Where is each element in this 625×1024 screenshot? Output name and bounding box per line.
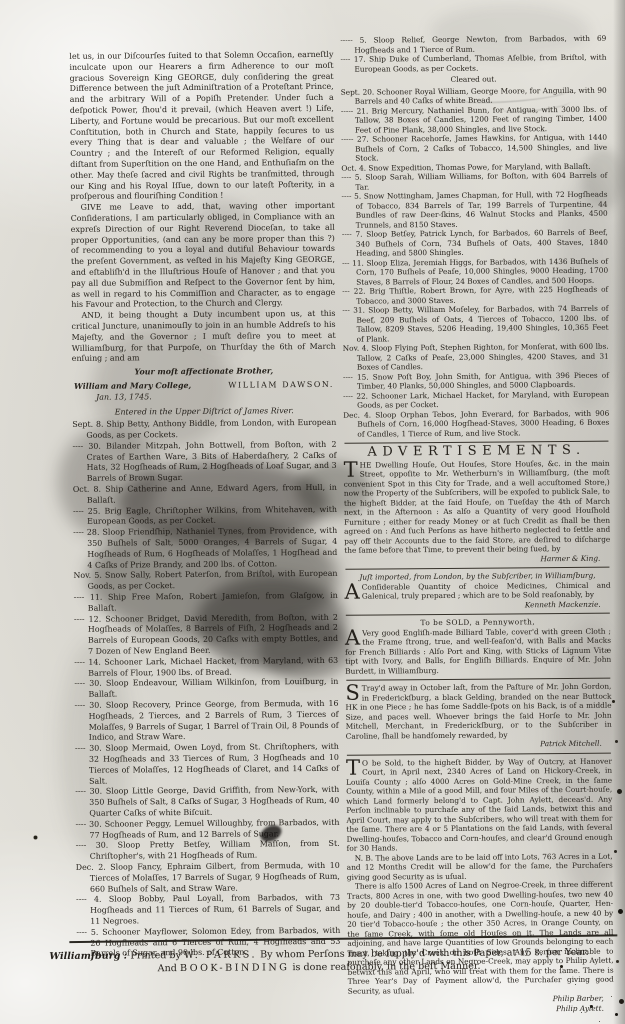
- drop-cap: A: [345, 628, 362, 646]
- ad-body: STray'd away in October laſt, from the P…: [345, 682, 611, 741]
- imprint-printer: W. PARKS.: [184, 949, 257, 961]
- ship-entry: ---- 30. Sloop Pretty Betſey, William Ma…: [76, 839, 340, 863]
- ad-body: TO be Sold, to the higheſt Bidder, by Wa…: [346, 756, 613, 853]
- ship-entry: ---- 15. Snow Poſt Boy, John Smith, for …: [343, 370, 609, 391]
- ship-entry: ---- 25. Brig Eagle, Chriſtopher Wilkins…: [73, 504, 337, 528]
- ship-entry: ---- 30. Schooner Peggy, Lemuel Willough…: [75, 818, 339, 842]
- ship-entry: ----- 27. Schooner Racehorſe, James Hawk…: [341, 133, 607, 164]
- advertisement: TO be Sold, to the higheſt Bidder, by Wa…: [346, 756, 614, 1015]
- advertisements-section: THE Dwelling Houſe, Out Houſes, Store Ho…: [344, 458, 614, 1015]
- letter-paragraph: let us, in our Diſcourſes ſuited to that…: [69, 50, 334, 203]
- entered-inward-list: Sept. 8. Ship Betty, Anthony Biddle, fro…: [72, 418, 340, 960]
- ship-entry: ----- 5. Sloop Relief, George Newton, fr…: [340, 34, 606, 55]
- page-content: let us, in our Diſcourſes ſuited to that…: [0, 0, 625, 1024]
- ship-entry: ----- 21. Brig Mercury, Nathaniel Bunn, …: [341, 104, 607, 135]
- advertisement: THE Dwelling Houſe, Out Houſes, Store Ho…: [344, 458, 611, 565]
- ship-entry: Nov. 4. Sloop Flying Poſt, Stephen Right…: [343, 342, 609, 373]
- drop-cap: T: [344, 460, 360, 478]
- paper-speck: [34, 836, 37, 839]
- imprint-place: Williamſburg :: [49, 950, 127, 962]
- ship-entry: Oct. 8. Ship Catherine and Anne, Edward …: [73, 483, 337, 507]
- ad-divider-rule: [346, 678, 610, 681]
- advertisement: To be SOLD, a Pennyworth,AVery good Engl…: [345, 617, 611, 676]
- ad-paragraph: N. B. The above Lands are to be laid off…: [347, 851, 613, 882]
- ship-entry: ---- 30. Sloop Endeavour, William Wilkin…: [74, 677, 338, 701]
- ad-body: AVery good Engliſh-made Billiard Table, …: [345, 626, 611, 676]
- ad-body: THE Dwelling Houſe, Out Houſes, Store Ho…: [344, 458, 611, 555]
- ship-entry: ---- 30. Sloop Recovery, Prince George, …: [74, 699, 338, 744]
- cleared-out-heading: Cleared out.: [341, 74, 607, 86]
- signature-place: William and Mary College,: [74, 381, 191, 393]
- ship-entry: ---- 28. Sloop Friendſhip, Nathaniel Tyn…: [73, 526, 337, 571]
- ship-entry: ---- 4. Sloop Bobby, Paul Loyall, from B…: [76, 893, 340, 927]
- ad-body: AConſiderable Quantity of choice Medicin…: [345, 580, 611, 601]
- ad-divider-rule: [346, 613, 610, 616]
- signature-name: WILLIAM DAWSON.: [228, 380, 334, 392]
- ship-entry: ---- 7. Sloop Betſey, Patrick Lynch, for…: [342, 228, 608, 259]
- right-column: ----- 5. Sloop Relief, George Newton, fr…: [340, 34, 614, 1017]
- page-edge-shadow: [613, 0, 625, 1024]
- drop-cap: T: [346, 758, 362, 776]
- letter-paragraph: AND, it being thought a Duty incumbent u…: [71, 309, 335, 365]
- ship-entry: Sept. 8. Ship Betty, Anthony Biddle, fro…: [72, 418, 336, 442]
- ship-entry: --- 31. Sloop Betty, William Moſeley, fo…: [342, 304, 608, 344]
- imprint-footer: Williamſburg : Printed by W. PARKS. By w…: [31, 947, 606, 977]
- entered-inward-continued: ----- 5. Sloop Relief, George Newton, fr…: [340, 34, 606, 74]
- imprint-rest: By whom Perſons may be ſupply'd with thi…: [260, 947, 589, 961]
- ship-entry: ---- 14. Schooner Lark, Michael Hacket, …: [74, 656, 338, 680]
- ad-divider-rule: [345, 567, 609, 570]
- letter-signature-row: William and Mary College, WILLIAM DAWSON…: [72, 379, 336, 393]
- ship-entry: Nov. 5. Snow Sally, Robert Paterſon, fro…: [73, 569, 337, 593]
- advertisements-heading: ADVERTISEMENTS.: [343, 446, 609, 458]
- ship-entry: Dec. 4. Sloop Orphan Tebos, John Everard…: [343, 408, 609, 439]
- advertisement: STray'd away in October laſt, from the P…: [345, 682, 612, 751]
- ship-entry: ---- 11. Ship Free Maſon, Robert Jamieſo…: [74, 591, 338, 615]
- ship-entry: ---- 30. Sloop Mermaid, Owen Loyd, from …: [75, 742, 339, 787]
- ad-divider-rule: [347, 752, 611, 755]
- letter-paragraph: GIVE me Leave to add, that, waving other…: [71, 201, 336, 311]
- ship-entry: --- 11. Sloop Eliza, Jeremiah Higgs, for…: [342, 256, 608, 287]
- drop-cap: A: [345, 582, 362, 600]
- ship-entry: Dec. 2. Sloop Fancy, Ephraim Gilbert, fr…: [76, 861, 340, 895]
- ship-entry: ---- 17. Ship Duke of Cumberland, Thomas…: [340, 53, 606, 74]
- paper-speck: [560, 965, 563, 968]
- advertisement: Juſt imported, from London, by the Subſc…: [344, 571, 610, 611]
- ship-entry: ---- 5. Sloop Sarah, William Williams, f…: [341, 171, 607, 192]
- ad-signature: Philip Aylett.: [348, 1003, 614, 1015]
- imprint-and: And: [158, 963, 177, 974]
- ship-entry: ---- 5. Snow Nottingham, James Chapman, …: [341, 190, 607, 230]
- letter-closing: Your moſt affectionate Brother,: [72, 366, 336, 379]
- entered-heading: Entered in the Upper Diſtrict of James R…: [72, 405, 336, 418]
- ship-entry: ---- 12. Schooner Bridget, David Meredit…: [74, 612, 338, 657]
- left-column: let us, in our Diſcourſes ſuited to that…: [69, 50, 340, 960]
- ship-entry: ---- 22. Schooner Lark, Michael Hacket, …: [343, 389, 609, 410]
- paper-speck: [612, 700, 615, 703]
- ship-entry: --- 22. Brig Thiſtle, Robert Brown, for …: [342, 285, 608, 306]
- drop-cap: S: [345, 684, 362, 702]
- ship-entry: ---- 30. Bilander Mitzpah, John Bottwell…: [72, 440, 336, 485]
- cleared-out-list: Sept. 20. Schooner Royal William, George…: [341, 85, 610, 439]
- signature-date: Jan. 13, 1745.: [72, 391, 336, 404]
- letter-body: let us, in our Diſcourſes ſuited to that…: [69, 50, 335, 365]
- ship-entry: ---- 30. Sloop Little George, David Grif…: [75, 785, 339, 819]
- imprint-line2-rest: is done reaſonably, in the beſt Manner.: [292, 960, 480, 972]
- imprint-bookbinding: BOOK-BINDING: [180, 962, 290, 974]
- imprint-printed-by: Printed by: [130, 950, 181, 961]
- newspaper-page: let us, in our Diſcourſes ſuited to that…: [0, 0, 625, 1024]
